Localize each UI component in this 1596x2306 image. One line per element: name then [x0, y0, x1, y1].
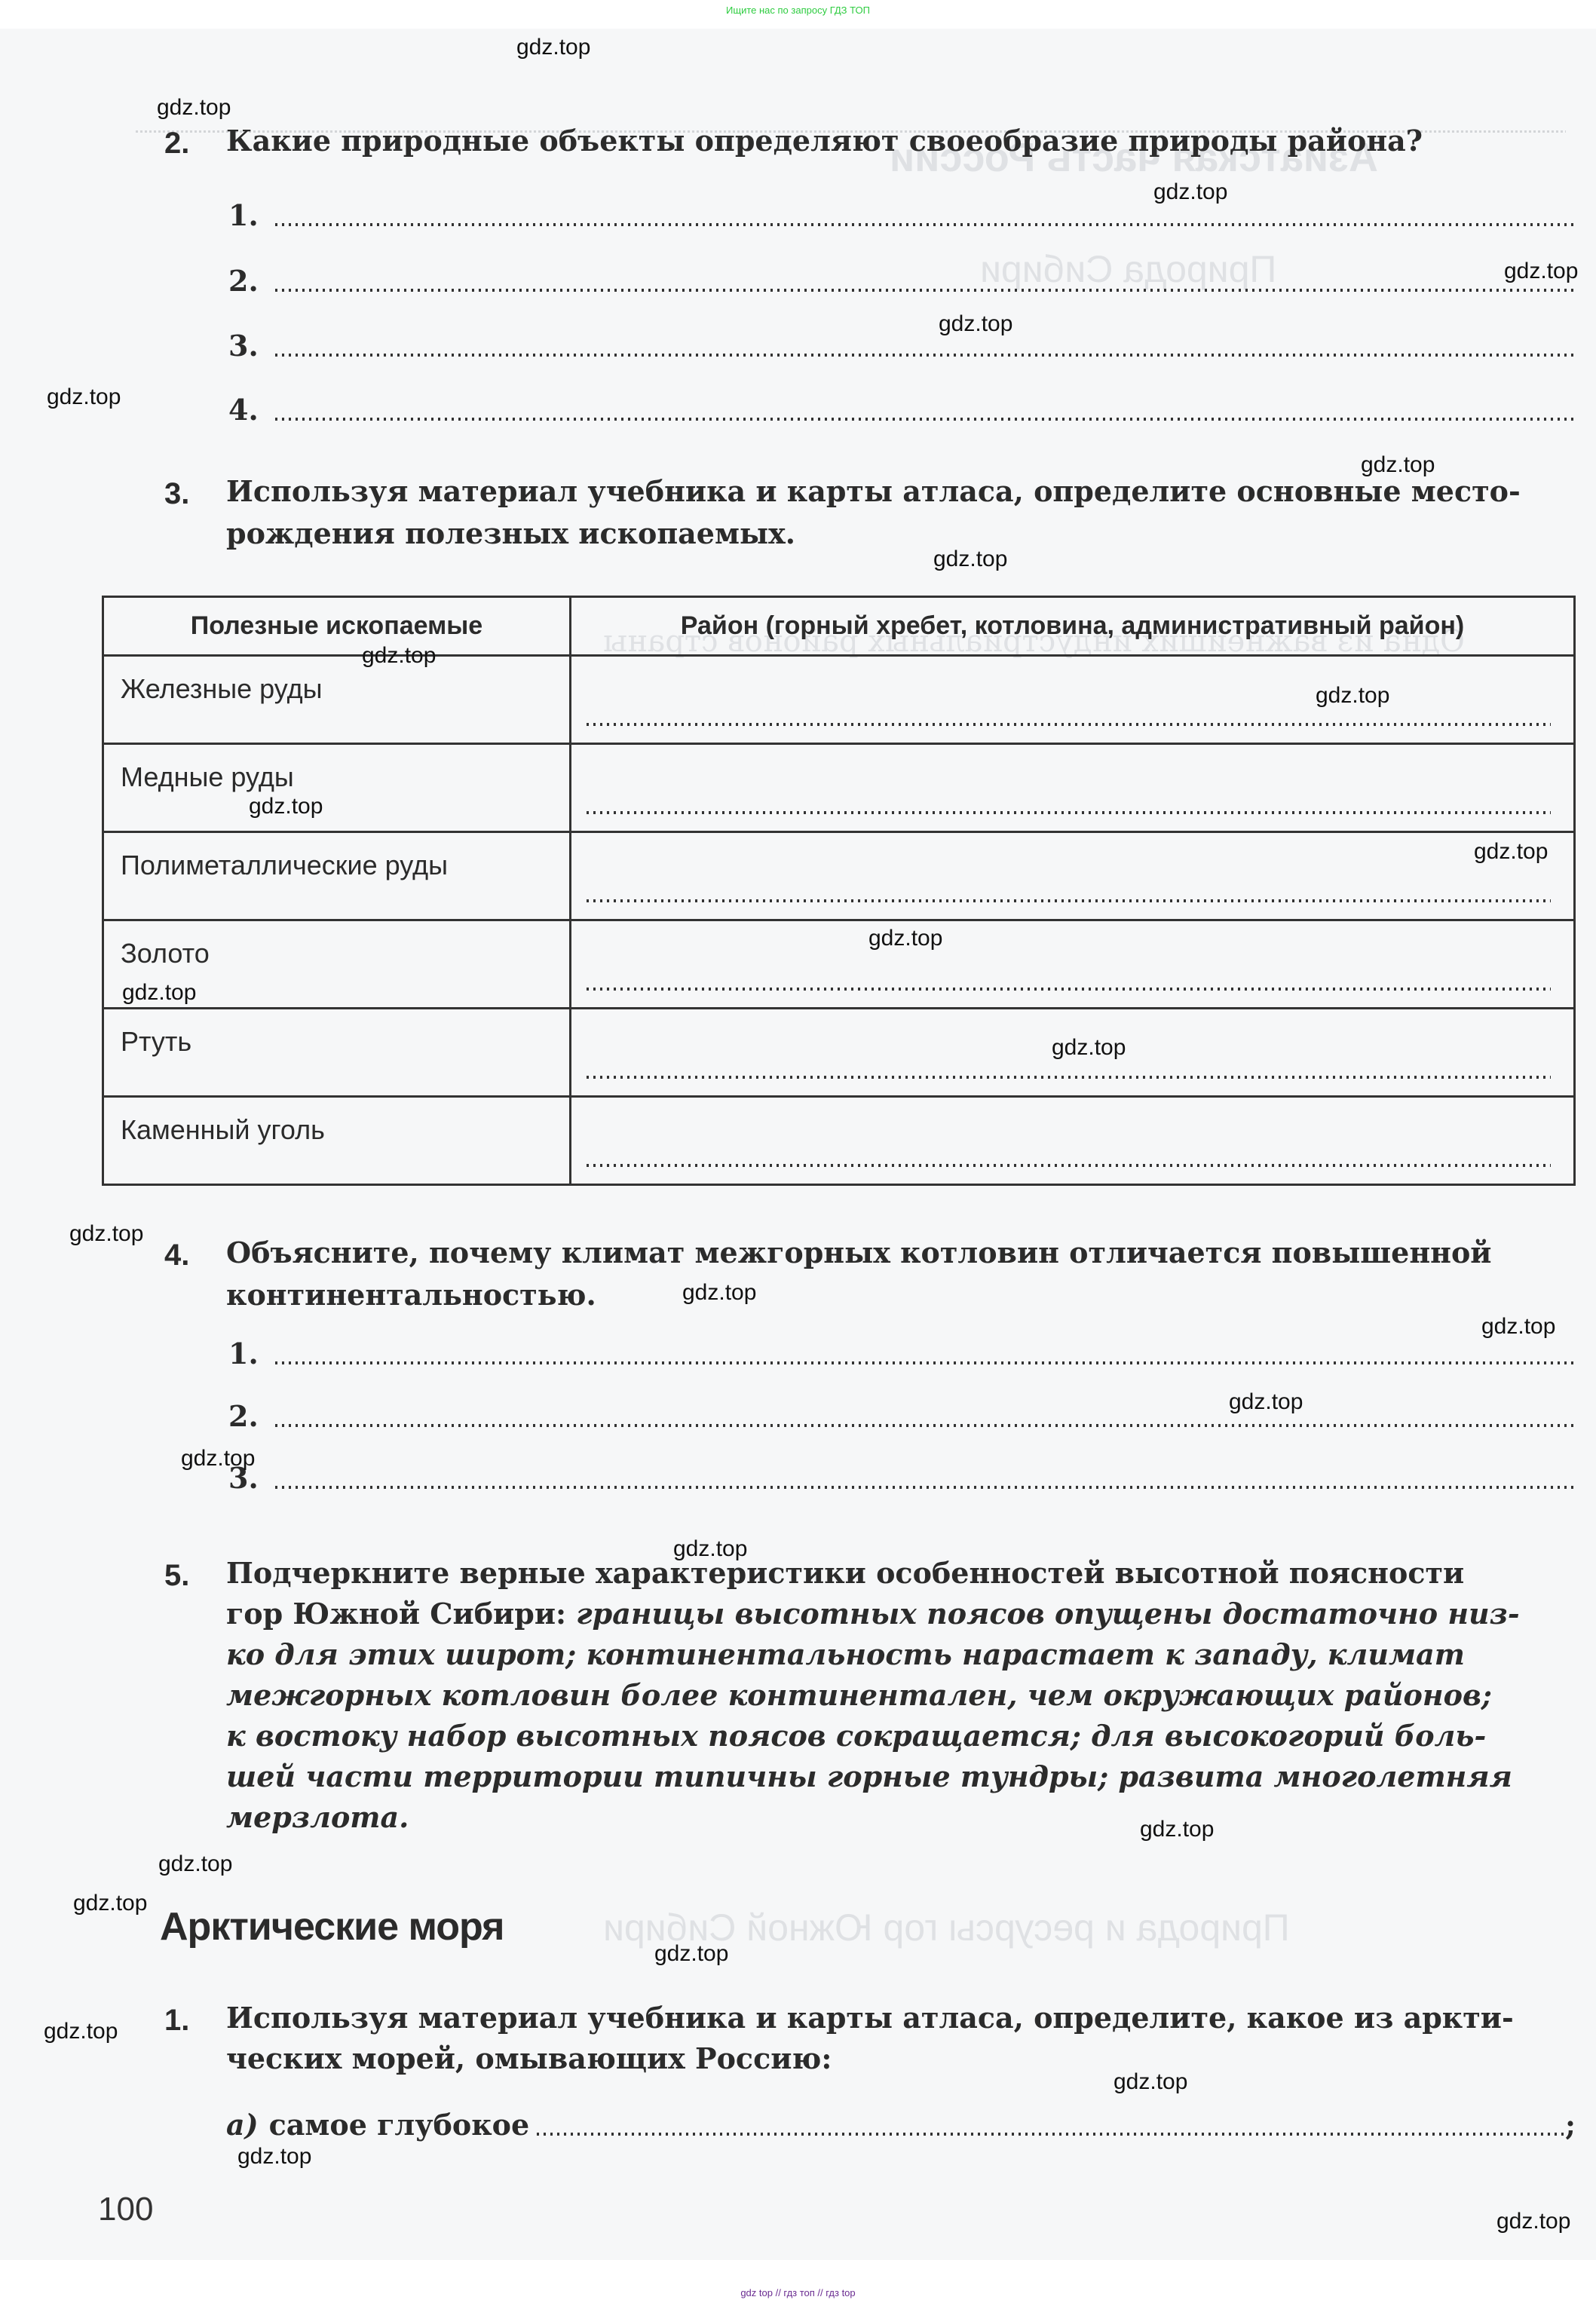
- question-3-number: 3.: [164, 477, 189, 511]
- question-5-text-line-6[interactable]: шей части территории типичны горные тунд…: [226, 1756, 1583, 1797]
- question-4-answer-2[interactable]: 2.: [228, 1399, 1574, 1433]
- table-row: Полиметаллические руды: [103, 832, 1575, 920]
- question-4-answer-1[interactable]: 1.: [228, 1337, 1574, 1370]
- table-header-minerals: Полезные ископаемые: [103, 597, 571, 656]
- watermark: gdz.top: [1481, 1314, 1555, 1340]
- watermark: gdz.top: [44, 2019, 118, 2044]
- watermark: gdz.top: [868, 926, 942, 951]
- question-5-text-line-5[interactable]: к востоку набор высотных поясов сокращае…: [226, 1716, 1583, 1756]
- mineral-name: Полиметаллические руды: [103, 832, 571, 920]
- watermark: gdz.top: [1052, 1035, 1126, 1061]
- dotted-answer-line[interactable]: [587, 1164, 1551, 1167]
- watermark: gdz.top: [1316, 683, 1389, 709]
- dotted-answer-line[interactable]: [275, 223, 1574, 226]
- arctic-question-1-text-line-1: Используя материал учебника и карты атла…: [226, 1998, 1583, 2038]
- dotted-answer-line[interactable]: [275, 1486, 1574, 1489]
- watermark: gdz.top: [1153, 179, 1227, 205]
- question-2-answer-4[interactable]: 4.: [228, 393, 1574, 427]
- question-5-text-line-2: гор Южной Сибири: границы высотных поясо…: [226, 1594, 1583, 1634]
- question-5-number: 5.: [164, 1559, 189, 1593]
- watermark: gdz.top: [1140, 1817, 1214, 1842]
- item-a-label: а): [226, 2108, 259, 2142]
- arctic-question-1-text-line-2: ческих морей, омывающих Россию:: [226, 2038, 1583, 2079]
- watermark: gdz.top: [237, 2144, 311, 2170]
- section-title: Арктические моря: [160, 1904, 504, 1949]
- dotted-answer-line[interactable]: [275, 418, 1574, 421]
- watermark: gdz.top: [673, 1536, 747, 1562]
- question-4-text-line-1: Объясните, почему климат межгорных котло…: [226, 1233, 1583, 1273]
- watermark: gdz.top: [939, 311, 1012, 337]
- arctic-answer-deepest[interactable]: а) самое глубокое ;: [226, 2108, 1576, 2142]
- question-5-text-line-4[interactable]: межгорных котловин более континентален, …: [226, 1675, 1583, 1716]
- question-4-answer-3[interactable]: 3.: [228, 1461, 1574, 1495]
- dotted-answer-line[interactable]: [587, 988, 1551, 991]
- question-2-text: Какие природные объекты определяют своео…: [226, 121, 1568, 161]
- question-4-text-line-2: континентальностью.: [226, 1275, 1583, 1315]
- dotted-answer-line[interactable]: [275, 1361, 1574, 1364]
- table-header-region: Район (горный хребет, котловина, админис…: [571, 597, 1575, 656]
- watermark: gdz.top: [1229, 1389, 1303, 1415]
- watermark: gdz.top: [362, 643, 436, 669]
- table-row: Ртуть: [103, 1009, 1575, 1097]
- watermark: gdz.top: [158, 1851, 232, 1877]
- region-answer-cell[interactable]: [571, 656, 1575, 744]
- selectable-characteristic[interactable]: границы высотных поясов опущены достаточ…: [576, 1597, 1519, 1631]
- mineral-name: Железные руды: [103, 656, 571, 744]
- bottom-banner: gdz top // гдз топ // гдз top: [0, 2287, 1596, 2298]
- question-4-number: 4.: [164, 1239, 189, 1272]
- watermark: gdz.top: [47, 384, 121, 410]
- mineral-name: Медные руды: [103, 744, 571, 832]
- region-answer-cell[interactable]: [571, 920, 1575, 1009]
- table-row: Каменный уголь: [103, 1097, 1575, 1185]
- watermark: gdz.top: [1504, 259, 1578, 284]
- question-3-text-line-2: рождения полезных ископаемых.: [226, 513, 1583, 554]
- watermark: gdz.top: [654, 1941, 728, 1967]
- dotted-answer-line[interactable]: [275, 1424, 1574, 1427]
- dotted-answer-line[interactable]: [275, 289, 1574, 292]
- dotted-answer-line[interactable]: [587, 723, 1551, 726]
- top-banner: Ищите нас по запросу ГДЗ ТОП: [0, 5, 1596, 16]
- watermark: gdz.top: [933, 547, 1007, 572]
- region-answer-cell[interactable]: [571, 1097, 1575, 1185]
- watermark: gdz.top: [682, 1280, 756, 1306]
- page-number: 100: [98, 2191, 153, 2228]
- region-answer-cell[interactable]: [571, 832, 1575, 920]
- arctic-question-1-number: 1.: [164, 2004, 189, 2038]
- dotted-answer-line[interactable]: [537, 2133, 1565, 2136]
- watermark: gdz.top: [1114, 2069, 1187, 2095]
- question-2-number: 2.: [164, 127, 189, 161]
- mineral-name: Каменный уголь: [103, 1097, 571, 1185]
- dotted-answer-line[interactable]: [587, 1076, 1551, 1079]
- question-5-text-line-3[interactable]: ко для этих широт; континентальность нар…: [226, 1634, 1583, 1675]
- question-5-text-line-7[interactable]: мерзлота.: [226, 1797, 1583, 1838]
- dotted-answer-line[interactable]: [587, 899, 1551, 902]
- item-a-text: самое глубокое: [269, 2108, 530, 2142]
- workbook-page: Азиатская часть России Природа Сибири Од…: [0, 29, 1596, 2260]
- question-2-answer-1[interactable]: 1.: [228, 198, 1574, 232]
- watermark: gdz.top: [69, 1221, 143, 1247]
- question-2-answer-3[interactable]: 3.: [228, 329, 1574, 363]
- watermark: gdz.top: [1474, 839, 1548, 865]
- watermark: gdz.top: [1496, 2209, 1570, 2234]
- watermark: gdz.top: [157, 95, 231, 121]
- watermark: gdz.top: [516, 35, 590, 60]
- watermark: gdz.top: [122, 980, 196, 1006]
- table-row: Золото: [103, 920, 1575, 1009]
- watermark: gdz.top: [249, 794, 323, 819]
- watermark: gdz.top: [181, 1446, 255, 1471]
- watermark: gdz.top: [73, 1891, 147, 1916]
- question-2-answer-2[interactable]: 2.: [228, 264, 1574, 298]
- table-row: Медные руды: [103, 744, 1575, 832]
- watermark: gdz.top: [1361, 452, 1435, 478]
- dotted-answer-line[interactable]: [275, 354, 1574, 357]
- question-5-text-line-1: Подчеркните верные характеристики особен…: [226, 1553, 1583, 1594]
- dotted-answer-line[interactable]: [587, 811, 1551, 814]
- region-answer-cell[interactable]: [571, 744, 1575, 832]
- mineral-name: Ртуть: [103, 1009, 571, 1097]
